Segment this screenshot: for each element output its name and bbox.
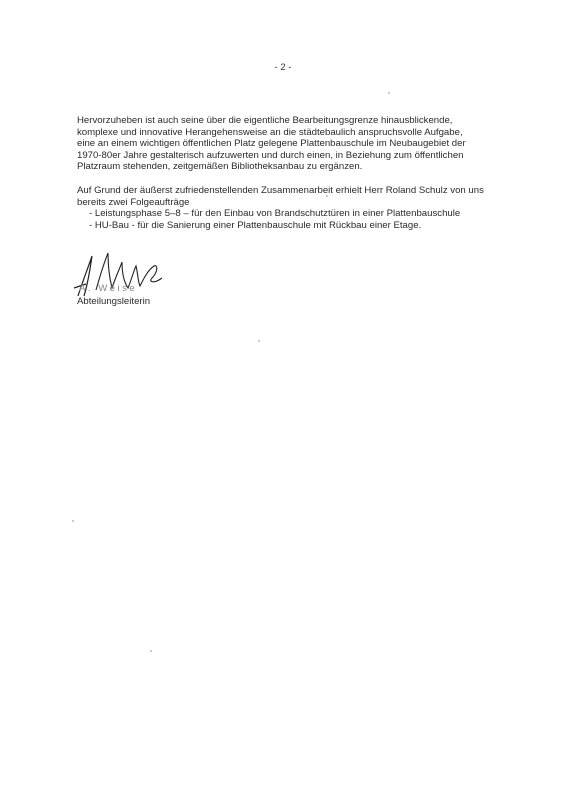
scan-speck bbox=[72, 520, 74, 522]
scan-speck bbox=[258, 340, 260, 342]
text-line: eine an einem wichtigen öffentlichen Pla… bbox=[77, 138, 497, 150]
page-number: - 2 - bbox=[0, 62, 566, 73]
text-line: Platzraum stehenden, zeitgemäßen Bibliot… bbox=[77, 161, 497, 173]
text-line: bereits zwei Folgeaufträge bbox=[77, 197, 497, 209]
text-line: Auf Grund der äußerst zufriedenstellende… bbox=[77, 185, 497, 197]
scan-speck bbox=[150, 650, 152, 652]
list-item: - Leistungsphase 5–8 – für den Einbau vo… bbox=[77, 208, 497, 220]
signer-name: A. Weise bbox=[79, 283, 137, 294]
paragraph-follow-up-orders: Auf Grund der äußerst zufriedenstellende… bbox=[77, 185, 497, 231]
paragraph-approach: Hervorzuheben ist auch seine über die ei… bbox=[77, 115, 497, 173]
text-line: 1970-80er Jahre gestalterisch aufzuwerte… bbox=[77, 150, 497, 162]
list-item: - HU-Bau - für die Sanierung einer Platt… bbox=[77, 220, 497, 232]
text-line: Hervorzuheben ist auch seine über die ei… bbox=[77, 115, 497, 127]
scan-speck bbox=[388, 92, 390, 94]
scan-speck bbox=[326, 195, 328, 197]
signer-role: Abteilungsleiterin bbox=[77, 296, 150, 307]
text-line: komplexe und innovative Herangehensweise… bbox=[77, 127, 497, 139]
